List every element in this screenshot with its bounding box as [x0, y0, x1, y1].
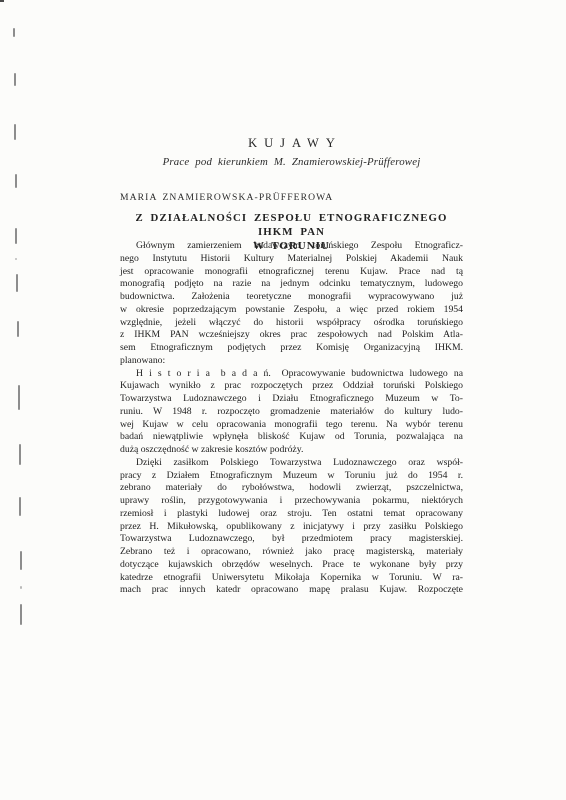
text-line: przez H. Mikułowską, opublikowany z inic… [120, 521, 463, 534]
text-line: pracy z Działem Etnograficznym Muzeum w … [120, 470, 463, 483]
scan-mark [13, 28, 15, 37]
text-line: Kujawach wynikło z prac rozpoczętych prz… [120, 380, 463, 393]
author-name: MARIA ZNAMIEROWSKA-PRÜFFEROWA [120, 192, 333, 203]
paragraph-3: Dzięki zasiłkom Polskiego Towarzystwa Lu… [120, 457, 463, 597]
text-line: budownictwa. Założenia teoretyczne monog… [120, 291, 463, 304]
text-line: planowano: [120, 355, 463, 368]
scanned-document-page: KUJAWY Prace pod kierunkiem M. Znamierow… [0, 0, 566, 800]
text-line: dużą oszczędność w zakresie kosztów podr… [120, 444, 463, 457]
scan-mark [16, 274, 18, 292]
text-line: jest opracowanie monografii etnograficzn… [120, 266, 463, 279]
scan-artifact-speck [0, 0, 4, 2]
article-body: Głównym zamierzeniem badawczym toruńskie… [120, 240, 463, 597]
text-line: badań niewątpliwie wpłynęła bliskość Kuj… [120, 431, 463, 444]
paragraph-1: Głównym zamierzeniem badawczym toruńskie… [120, 240, 463, 368]
paragraph-2: H i s t o r i a b a d a ń. Opracowywanie… [120, 368, 463, 457]
text-line: uprawy roślin, przygotowywania i przecho… [120, 495, 463, 508]
text-line: względnie, jeżeli włączyć do historii ws… [120, 317, 463, 330]
text-line: H i s t o r i a b a d a ń. Opracowywanie… [120, 368, 463, 381]
scan-mark [20, 586, 22, 589]
text-line: z IHKM PAN wcześniejszy okres prac zespo… [120, 329, 463, 342]
text-line: sem Etnograficznym podjętych przez Komis… [120, 342, 463, 355]
scan-mark [15, 258, 17, 260]
text-line: zebrano materiały do rybołówstwa, hodowl… [120, 482, 463, 495]
scan-mark [17, 321, 19, 337]
text-line: Towarzystwa Ludoznawczego, był przedmiot… [120, 533, 463, 546]
series-subtitle: Prace pod kierunkiem M. Znamierowskiej-P… [120, 156, 463, 168]
text-line: mach prac innych katedr opracowano mapę … [120, 584, 463, 597]
text-line: nego Instytutu Historii Kultury Material… [120, 253, 463, 266]
text-line: dotyczące kujawskich obrzędów weselnych.… [120, 559, 463, 572]
scan-mark [14, 124, 16, 140]
scan-mark [15, 174, 17, 188]
scan-mark [20, 604, 22, 625]
scan-mark [18, 385, 20, 410]
text-line: wej Kujaw w celu opracowania monografii … [120, 419, 463, 432]
scan-mark [20, 551, 22, 570]
scan-mark [19, 444, 21, 465]
scan-mark [15, 228, 17, 244]
text-line: katedrze etnografii Uniwersytetu Mikołaj… [120, 572, 463, 585]
text-line: Dzięki zasiłkom Polskiego Towarzystwa Lu… [120, 457, 463, 470]
text-line: runiu. W 1948 r. rozpoczęto gromadzenie … [120, 406, 463, 419]
text-line: Głównym zamierzeniem badawczym toruńskie… [120, 240, 463, 253]
text-line: monografią podjęto na razie na jednym od… [120, 278, 463, 291]
scan-mark [14, 73, 16, 86]
series-title: KUJAWY [120, 136, 463, 151]
text-line: Zebrano też i opracowano, również jako p… [120, 546, 463, 559]
text-line: rzemiosł i plastyki ludowej oraz stroju.… [120, 508, 463, 521]
text-line: Towarzystwa Ludoznawczego i Działu Etnog… [120, 393, 463, 406]
scan-mark [19, 497, 21, 516]
text-line: w okresie poprzedzającym powstanie Zespo… [120, 304, 463, 317]
article-heading-line1: Z DZIAŁALNOŚCI ZESPOŁU ETNOGRAFICZNEGO I… [120, 211, 463, 239]
